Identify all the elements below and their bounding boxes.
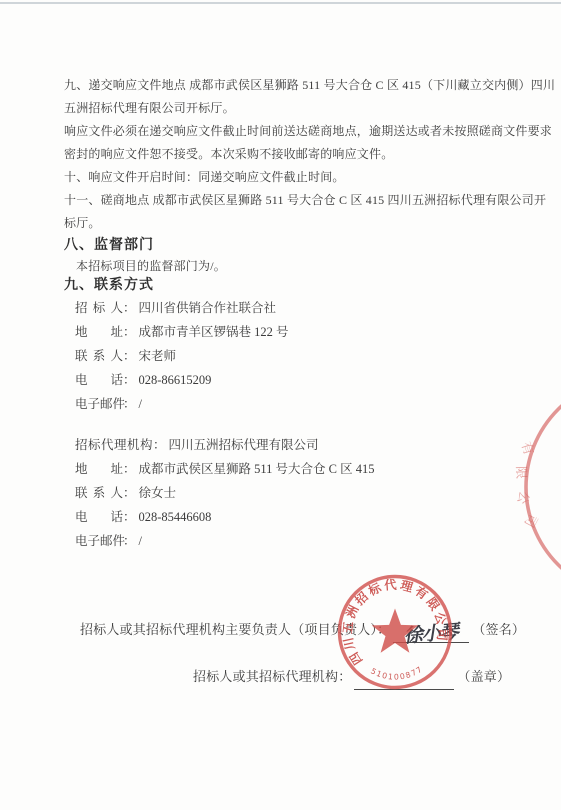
field-value: 028-85446608 bbox=[139, 510, 212, 524]
para-negotiation-place: 十一、磋商地点 成都市武侯区星狮路 511 号大合仓 C 区 415 四川五洲招… bbox=[64, 189, 544, 235]
field-value: / bbox=[139, 397, 142, 411]
heading-contact-info: 九、联系方式 bbox=[64, 276, 544, 296]
label-colon: ： bbox=[153, 433, 166, 457]
label-colon: ： bbox=[123, 457, 136, 481]
edge-seal-char: 公 bbox=[515, 489, 533, 505]
document-page: 九、递交响应文件地点 成都市武侯区星狮路 511 号大合仓 C 区 415（下川… bbox=[0, 0, 561, 810]
label-colon: ： bbox=[123, 344, 136, 368]
field-label: 招标人 bbox=[75, 296, 123, 320]
edge-seal-char: 司 bbox=[522, 511, 541, 530]
edge-seal-char: 有 bbox=[518, 440, 536, 457]
edge-partial-seal: 有 限 公 司 bbox=[505, 392, 561, 592]
field-value: 四川五洲招标代理有限公司 bbox=[169, 438, 319, 452]
tenderer-row-contact-person: 联系人：宋老师 bbox=[75, 344, 544, 368]
tenderer-contact-block: 招标人：四川省供销合作社联合社 地址：成都市青羊区锣锅巷 122 号 联系人：宋… bbox=[75, 296, 544, 416]
field-value: 四川省供销合作社联合社 bbox=[139, 301, 277, 315]
seal-star-icon bbox=[372, 609, 419, 653]
label-colon: ： bbox=[123, 481, 136, 505]
para-opening-time: 十、响应文件开启时间：同递交响应文件截止时间。 bbox=[64, 166, 544, 189]
agency-row-phone: 电话：028-85446608 bbox=[75, 505, 544, 529]
heading-supervision-dept: 八、监督部门 bbox=[64, 235, 544, 256]
label-colon: ： bbox=[123, 505, 136, 529]
field-value: 宋老师 bbox=[139, 349, 177, 363]
para-delivery-rule: 响应文件必须在递交响应文件截止时间前送达磋商地点，逾期送达或者未按照磋商文件要求… bbox=[64, 120, 544, 166]
field-label: 电话 bbox=[75, 505, 123, 529]
tenderer-row-email: 电子邮件：/ bbox=[75, 392, 544, 416]
field-label: 地址 bbox=[75, 457, 123, 481]
field-value: 徐女士 bbox=[139, 486, 177, 500]
field-value: 028-86615209 bbox=[139, 373, 212, 387]
para-submit-location: 九、递交响应文件地点 成都市武侯区星狮路 511 号大合仓 C 区 415（下川… bbox=[64, 74, 544, 120]
field-label: 地址 bbox=[75, 320, 123, 344]
agency-row-contact-person: 联系人：徐女士 bbox=[75, 481, 544, 505]
company-seal: 四川五洲招标代理有限公司 5101008779320 bbox=[335, 572, 455, 692]
tenderer-row-address: 地址：成都市青羊区锣锅巷 122 号 bbox=[75, 320, 544, 344]
label-colon: ： bbox=[123, 392, 136, 416]
field-label: 电子邮件 bbox=[75, 529, 123, 553]
document-content: 九、递交响应文件地点 成都市武侯区星狮路 511 号大合仓 C 区 415（下川… bbox=[64, 74, 544, 690]
agency-row-name: 招标代理机构：四川五洲招标代理有限公司 bbox=[75, 433, 544, 457]
field-value: 成都市青羊区锣锅巷 122 号 bbox=[139, 325, 289, 339]
label-colon: ： bbox=[123, 296, 136, 320]
field-value: / bbox=[139, 534, 142, 548]
field-value: 成都市武侯区星狮路 511 号大合仓 C 区 415 bbox=[139, 462, 375, 476]
agency-row-address: 地址：成都市武侯区星狮路 511 号大合仓 C 区 415 bbox=[75, 457, 544, 481]
field-label: 联系人 bbox=[75, 344, 123, 368]
label-colon: ： bbox=[123, 368, 136, 392]
para-supervision-dept: 本招标项目的监督部门为/。 bbox=[76, 256, 544, 276]
field-label: 联系人 bbox=[75, 481, 123, 505]
tenderer-row-phone: 电话：028-86615209 bbox=[75, 368, 544, 392]
tenderer-row-name: 招标人：四川省供销合作社联合社 bbox=[75, 296, 544, 320]
field-label: 电话 bbox=[75, 368, 123, 392]
edge-seal-char: 限 bbox=[514, 466, 529, 480]
field-label: 电子邮件 bbox=[75, 392, 123, 416]
stamp-suffix: （盖章） bbox=[457, 669, 510, 684]
agency-contact-block: 招标代理机构：四川五洲招标代理有限公司 地址：成都市武侯区星狮路 511 号大合… bbox=[75, 433, 544, 553]
label-colon: ： bbox=[123, 320, 136, 344]
scan-edge-line bbox=[0, 2, 561, 4]
label-colon: ： bbox=[123, 529, 136, 553]
signature-suffix: （签名） bbox=[472, 622, 525, 637]
signature-row-responsible-person: 招标人或其招标代理机构主要负责人（项目负责人）：徐小琴（签名） bbox=[80, 617, 544, 643]
stamp-prefix: 招标人或其招标代理机构： bbox=[193, 669, 351, 684]
field-label: 招标代理机构 bbox=[75, 433, 153, 457]
agency-row-email: 电子邮件：/ bbox=[75, 529, 544, 553]
